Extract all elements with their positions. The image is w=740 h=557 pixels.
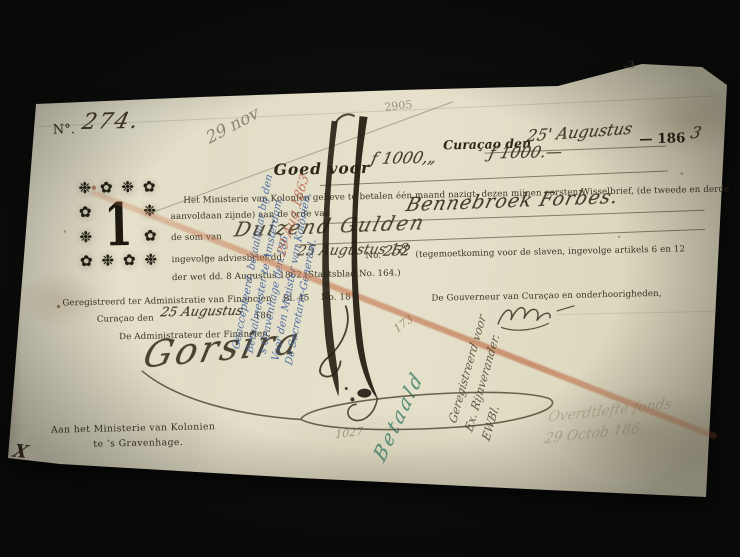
ink-blot — [350, 397, 354, 401]
duty-stamp-ornate-frame: 1 — [74, 174, 162, 274]
pencil-flap-scribble: –3 — [623, 60, 636, 73]
document-number-label: N°. — [53, 122, 76, 137]
registration-place-printed: Curaçao den — [97, 314, 154, 325]
ornament-block-icon — [74, 200, 96, 225]
document-content: N°. 274. 29 nov 2905 –3 1 Curaçao den 25… — [0, 0, 740, 557]
ornament-block-icon — [75, 249, 97, 274]
ornament-block-icon — [138, 174, 160, 199]
registration-date-written: 25 Augustus — [159, 304, 244, 321]
governor-signature — [498, 306, 575, 331]
year-written-digit: 3 — [689, 123, 704, 142]
governor-title-line: De Gouverneur van Curaçao en onderhoorig… — [431, 289, 661, 304]
ornament-block-icon — [75, 225, 97, 250]
written-advice-number: 252 — [382, 243, 412, 260]
faint-pencil-note: Overdtlefte fonds 29 Octob 186. — [543, 394, 674, 450]
amount-underline — [320, 170, 668, 186]
amount-written: ƒ 1000,„ — [369, 148, 438, 168]
paper-crease — [557, 311, 725, 316]
addressee-line-2: te ’s Gravenhage. — [93, 437, 183, 450]
ornament-block-icon — [74, 176, 96, 201]
ink-blot — [345, 387, 348, 390]
paid-stamp: Betaald — [370, 366, 427, 466]
ink-curl — [319, 305, 349, 376]
ornament-block-icon — [140, 248, 162, 273]
document-number-value: 274. — [80, 109, 143, 135]
ornament-block-icon — [139, 223, 161, 248]
advice-number-label: No. — [365, 251, 381, 261]
pencil-bottom-note: 1027 — [335, 425, 363, 442]
ink-blot — [357, 388, 371, 397]
amount-written-repeat: ƒ 1000.— — [487, 142, 564, 163]
photographed-historical-document: N°. 274. 29 nov 2905 –3 1 Curaçao den 25… — [0, 0, 740, 557]
pencil-date-note: 29 nov — [205, 102, 261, 149]
body-line-4-right: (tegemoetkoming voor de slaven, ingevolg… — [415, 244, 685, 260]
addressee-line-1: Aan het Ministerie van Kolonien — [51, 421, 215, 435]
corner-x-mark: X — [10, 441, 30, 463]
cancellation-stroke-top-hook — [336, 114, 355, 122]
ink-curl-tail — [348, 398, 378, 421]
amount-printed-label: Goed voor — [273, 158, 370, 179]
pencil-number-note: 2905 — [384, 98, 413, 114]
